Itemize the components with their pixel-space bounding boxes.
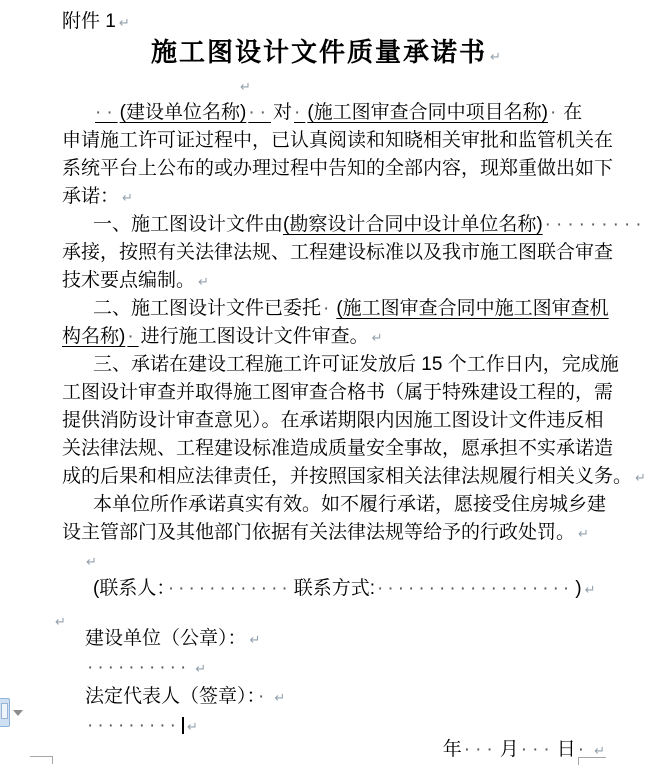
text-run: 年 [443, 739, 462, 760]
pilcrow-mark: ↵ [52, 614, 66, 629]
text-run: 月 [500, 739, 519, 760]
space-marks: ·· [246, 102, 273, 123]
space-marks: ··· [519, 739, 557, 760]
text-run: 本单位所作承诺真实有效。如不履行承诺，愿接受住房城乡建 [93, 494, 606, 515]
empty-line: ↵ [83, 547, 97, 575]
text-boundary-mark-right [578, 757, 606, 765]
space-marks: ·· [93, 102, 120, 123]
text-run: 法定代表人（签章）： [85, 686, 256, 707]
text-run: 承接，按照有关法律法规、工程建设标准以及我市施工图联合审查 [62, 242, 613, 263]
space-marks: ··················· [375, 578, 575, 599]
legal-rep-fill: ·········↵ [85, 711, 285, 740]
space-marks: ············ [166, 578, 294, 599]
pilcrow-mark: ↵ [195, 274, 209, 289]
underlined-blank: (施工图审查合同中项目名称) [307, 102, 548, 123]
clipboard-icon [1, 703, 8, 719]
text-run: 对 [273, 102, 292, 123]
chevron-down-icon[interactable] [13, 710, 23, 716]
text-run: 在 [563, 102, 582, 123]
document-page[interactable]: 附件 1↵ 施工图设计文件质量承诺书↵ ↵ ··(建设单位名称)··对·(施工图… [0, 0, 652, 766]
text-boundary-mark-left [30, 756, 53, 764]
pilcrow-mark: ↵ [369, 330, 383, 345]
pilcrow-mark: ↵ [575, 526, 589, 541]
pilcrow-mark: ↵ [83, 554, 97, 569]
para1-line2: 申请施工许可证过程中，已认真阅读和知晓相关审批和监管机关在 [62, 127, 613, 155]
empty-paragraph: ↵ [237, 78, 251, 96]
text-run: 三、承诺在建设工程施工许可证发放后 15 个工作日内，完成施 [93, 354, 619, 375]
contact-line: (联系人：············联系方式:··················… [93, 575, 596, 603]
pilcrow-mark: ↵ [487, 49, 501, 64]
pilcrow-mark: ↵ [591, 743, 605, 758]
text-run: 关法律法规、工程建设标准造成质量安全事故，愿承担不实承诺造 [62, 438, 613, 459]
text-run: 申请施工许可证过程中，已认真阅读和知晓相关审批和监管机关在 [62, 130, 613, 151]
pilcrow-mark: ↵ [247, 632, 261, 647]
para5-line2: 设主管部门及其他部门依据有关法律法规等给予的行政处罚。↵ [62, 519, 606, 547]
para2-line2: 承接，按照有关法律法规、工程建设标准以及我市施工图联合审查 [62, 239, 649, 267]
para2-line3: 技术要点编制。↵ [62, 267, 649, 295]
text-run: (联系人： [93, 578, 166, 599]
text-run: 提供消防设计审查意见）。在承诺期限内因施工图设计文件违反相 [62, 410, 604, 431]
builder-seal-fill: ··········↵ [85, 653, 285, 682]
para4-line3: 提供消防设计审查意见）。在承诺期限内因施工图设计文件违反相 [62, 407, 646, 435]
pilcrow-mark: ↵ [271, 690, 285, 705]
text-run: 技术要点编制。 [62, 270, 195, 291]
space-marks: ··· [462, 739, 500, 760]
text-run: 一、施工图设计文件由 [93, 214, 283, 235]
space-marks: · [292, 102, 307, 123]
space-marks: ········· [85, 715, 182, 736]
empty-paragraph: ↵ [83, 547, 97, 575]
pilcrow-mark: ↵ [582, 582, 596, 597]
pilcrow-mark: ↵ [116, 15, 130, 30]
space-marks: · [321, 298, 336, 319]
text-run: 联系方式: [294, 578, 375, 599]
pilcrow-mark: ↵ [184, 719, 198, 734]
para1-line4: 承诺：↵ [62, 183, 613, 211]
space-marks: ·········· [85, 657, 192, 678]
text-run: 成的后果和相应法律责任，并按照国家相关法律法规履行相关义务。 [62, 466, 632, 487]
para2-line1: 一、施工图设计文件由(勘察设计合同中设计单位名称)········· [62, 211, 649, 239]
paste-options-button[interactable] [0, 698, 10, 727]
underlined-blank: (建设单位名称) [120, 102, 247, 123]
text-run: 设主管部门及其他部门依据有关法律法规等给予的行政处罚。 [62, 522, 575, 543]
pilcrow-mark: ↵ [192, 661, 206, 676]
space-marks: ········· [543, 214, 649, 235]
legal-rep-line: 法定代表人（签章）：·↵ [85, 682, 285, 711]
pilcrow-mark: ↵ [119, 190, 133, 205]
paragraph-intro: ··(建设单位名称)··对·(施工图审查合同中项目名称)·在申请施工许可证过程中… [62, 99, 613, 211]
para4-line5: 成的后果和相应法律责任，并按照国家相关法律法规履行相关义务。↵ [62, 463, 646, 491]
para4-line2: 工图设计审查并取得施工图审查合格书（属于特殊建设工程的，需 [62, 379, 646, 407]
text-run: 建设单位（公章）： [85, 628, 247, 649]
pilcrow-mark: ↵ [632, 470, 646, 485]
text-run: 附件 1 [62, 11, 116, 32]
para3-line2: 构名称)·进行施工图设计文件审查。↵ [62, 323, 609, 351]
title-row: 施工图设计文件质量承诺书↵ [0, 32, 652, 69]
paragraph-item-3: 三、承诺在建设工程施工许可证发放后 15 个工作日内，完成施工图设计审查并取得施… [62, 351, 646, 491]
empty-paragraph: ↵ [52, 607, 66, 635]
underlined-blank: (勘察设计合同中设计单位名称) [283, 214, 543, 235]
contact-line-block: (联系人：············联系方式:··················… [93, 575, 596, 603]
text-run: 二、施工图设计文件已委托 [93, 298, 321, 319]
paragraph-item-2: 二、施工图设计文件已委托·(施工图审查合同中施工图审查机构名称)·进行施工图设计… [62, 295, 609, 351]
underlined-blank: (施工图审查合同中施工图审查机 [336, 298, 608, 319]
space-marks: · [548, 102, 563, 123]
paragraph-item-1: 一、施工图设计文件由(勘察设计合同中设计单位名称)·········承接，按照有… [62, 211, 649, 295]
empty-line: ↵ [52, 607, 66, 635]
text-run: 工图设计审查并取得施工图审查合格书（属于特殊建设工程的，需 [62, 382, 613, 403]
pilcrow-mark: ↵ [237, 79, 251, 94]
text-run: 系统平台上公布的或办理过程中告知的全部内容，现郑重做出如下 [62, 158, 613, 179]
underlined-blank: 构名称) [62, 326, 125, 347]
para4-line4: 关法律法规、工程建设标准造成质量安全事故，愿承担不实承诺造 [62, 435, 646, 463]
text-run: 进行施工图设计文件审查。 [141, 326, 369, 347]
space-marks: · [256, 686, 271, 707]
para3-line1: 二、施工图设计文件已委托·(施工图审查合同中施工图审查机 [62, 295, 609, 323]
document-title: 施工图设计文件质量承诺书 [151, 37, 487, 67]
para4-line1: 三、承诺在建设工程施工许可证发放后 15 个工作日内，完成施 [62, 351, 646, 379]
para1-line1: ··(建设单位名称)··对·(施工图审查合同中项目名称)·在 [62, 99, 613, 127]
text-run: 承诺： [62, 186, 119, 207]
signature-block: 建设单位（公章）：↵··········↵法定代表人（签章）：·↵·······… [85, 624, 285, 740]
builder-seal-line: 建设单位（公章）：↵ [85, 624, 285, 653]
para1-line3: 系统平台上公布的或办理过程中告知的全部内容，现郑重做出如下 [62, 155, 613, 183]
text-run: 日 [557, 739, 576, 760]
space-marks: · [125, 326, 140, 347]
paragraph-closing: 本单位所作承诺真实有效。如不履行承诺，愿接受住房城乡建设主管部门及其他部门依据有… [62, 491, 606, 547]
text-run: ) [575, 578, 581, 599]
para5-line1: 本单位所作承诺真实有效。如不履行承诺，愿接受住房城乡建 [62, 491, 606, 519]
